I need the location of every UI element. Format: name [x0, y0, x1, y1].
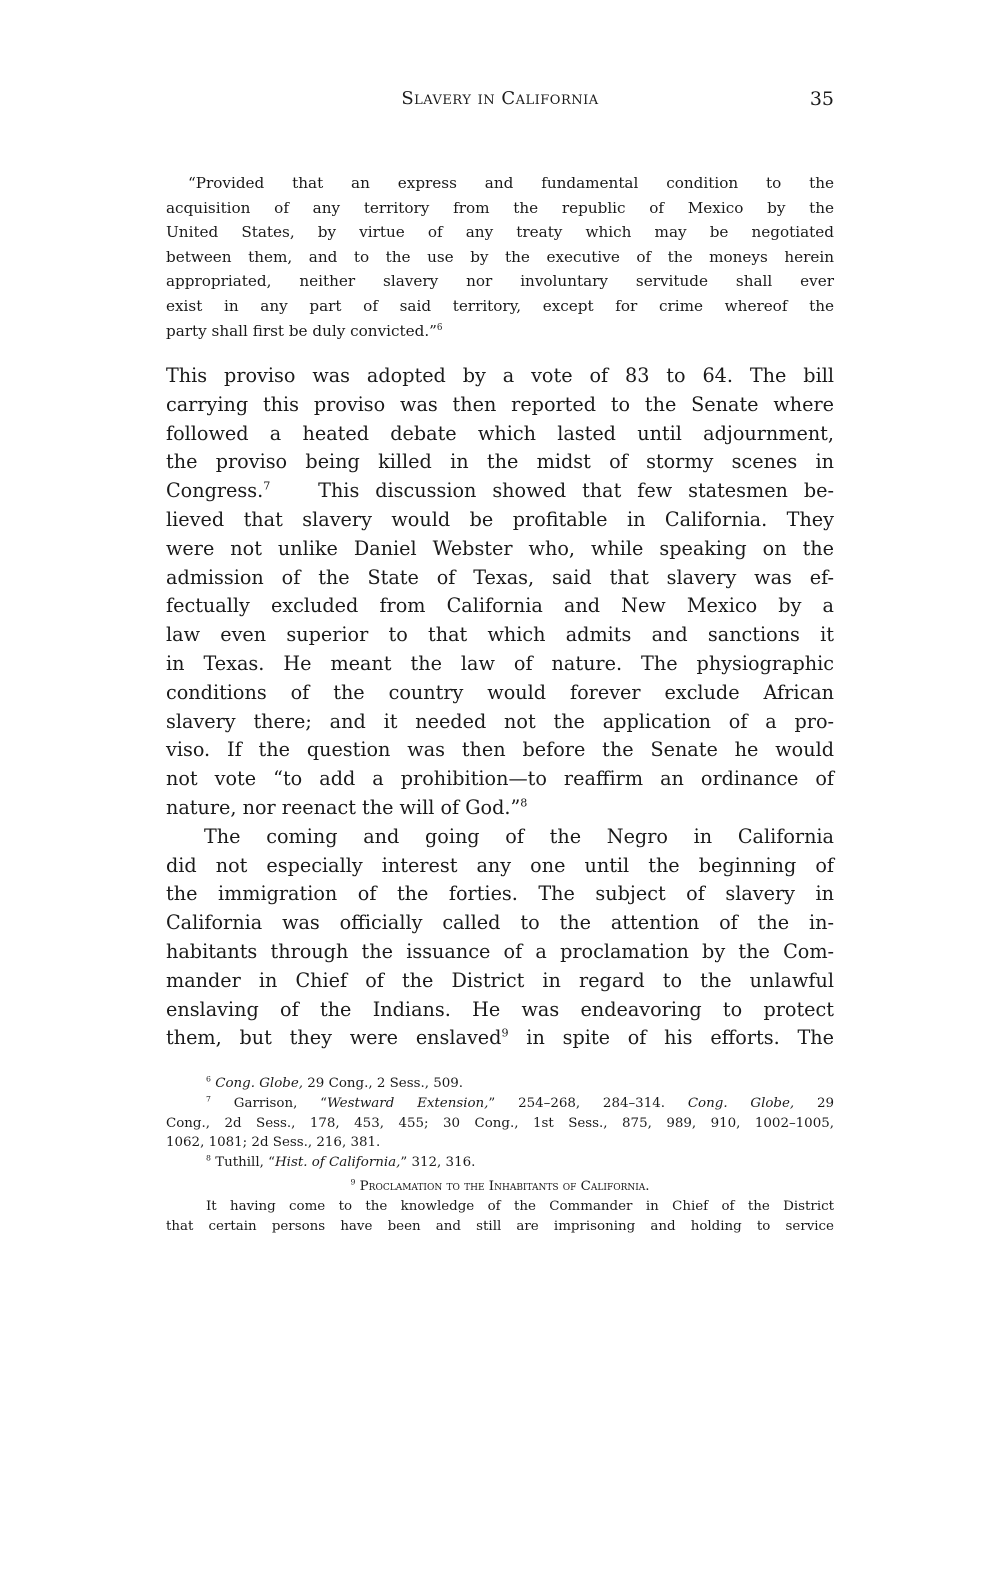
body-line: the immigration of the forties. The subj…	[166, 880, 834, 909]
footnote-marker: 8	[206, 1154, 211, 1163]
footnote-6: 6 Cong. Globe, 29 Cong., 2 Sess., 509.	[166, 1074, 834, 1094]
quote-line: between them, and to the use by the exec…	[166, 245, 834, 270]
body-line: in Texas. He meant the law of nature. Th…	[166, 650, 834, 679]
footnote-9-line: that certain persons have been and still…	[166, 1217, 834, 1237]
footnote-marker: 6	[206, 1075, 211, 1084]
footnote-title: Cong. Globe,	[688, 1096, 794, 1111]
body-line: followed a heated debate which lasted un…	[166, 420, 834, 449]
body-text-span: them, but they were enslaved	[166, 1026, 501, 1049]
body-line: the proviso being killed in the midst of…	[166, 448, 834, 477]
footnote-ref-9: 9	[501, 1027, 508, 1040]
document-page: Slavery in California 35 “Provided that …	[0, 0, 1000, 1576]
footnote-text: 29	[794, 1096, 834, 1111]
body-line: carrying this proviso was then reported …	[166, 391, 834, 420]
footnote-7: 7 Garrison, “Westward Extension,” 254–26…	[166, 1094, 834, 1114]
body-line: admission of the State of Texas, said th…	[166, 564, 834, 593]
body-text-span: Congress.	[166, 479, 263, 502]
body-line: law even superior to that which admits a…	[166, 621, 834, 650]
paragraph-1: This proviso was adopted by a vote of 83…	[166, 362, 834, 823]
footnotes: 6 Cong. Globe, 29 Cong., 2 Sess., 509. 7…	[166, 1074, 834, 1236]
footnote-9-line: It having come to the knowledge of the C…	[166, 1197, 834, 1217]
footnote-8: 8 Tuthill, “Hist. of California,” 312, 3…	[166, 1153, 834, 1173]
body-line: The coming and going of the Negro in Cal…	[166, 823, 834, 852]
body-line: did not especially interest any one unti…	[166, 852, 834, 881]
body-line: lieved that slavery would be profitable …	[166, 506, 834, 535]
body-line: were not unlike Daniel Webster who, whil…	[166, 535, 834, 564]
body-line: slavery there; and it needed not the app…	[166, 708, 834, 737]
footnote-text: 29 Cong., 2 Sess., 509.	[303, 1076, 463, 1091]
footnote-marker: 9	[350, 1178, 355, 1187]
quote-line-last: party shall first be duly convicted.”6	[166, 319, 834, 344]
footnote-heading: Proclamation to the Inhabitants of Calif…	[360, 1179, 650, 1194]
quote-line: United States, by virtue of any treaty w…	[166, 220, 834, 245]
footnote-text: ” 312, 316.	[400, 1155, 475, 1170]
footnote-7-line: 1062, 1081; 2d Sess., 216, 381.	[166, 1133, 834, 1153]
footnote-ref-8: 8	[520, 797, 527, 810]
body-text-span: in spite of his efforts. The	[509, 1026, 834, 1049]
body-line-last: nature, nor reenact the will of God.”8	[166, 794, 834, 823]
quote-line: exist in any part of said territory, exc…	[166, 294, 834, 319]
body-text: This proviso was adopted by a vote of 83…	[166, 362, 834, 1053]
footnote-9-heading: 9 Proclamation to the Inhabitants of Cal…	[166, 1177, 834, 1197]
body-line: viso. If the question was then before th…	[166, 736, 834, 765]
footnote-title: Westward Extension,	[327, 1096, 488, 1111]
body-line: enslaving of the Indians. He was endeavo…	[166, 996, 834, 1025]
footnote-7-line: Cong., 2d Sess., 178, 453, 455; 30 Cong.…	[166, 1114, 834, 1134]
body-line: mander in Chief of the District in regar…	[166, 967, 834, 996]
quote-line: acquisition of any territory from the re…	[166, 196, 834, 221]
quote-line: “Provided that an express and fundamenta…	[166, 171, 834, 196]
body-line: them, but they were enslaved9 in spite o…	[166, 1024, 834, 1053]
quote-text: party shall first be duly convicted.”	[166, 322, 437, 340]
footnote-marker: 7	[206, 1094, 211, 1103]
body-line: fectually excluded from California and N…	[166, 592, 834, 621]
body-line: not vote “to add a prohibition—to reaffi…	[166, 765, 834, 794]
footnote-text: ” 254–268, 284–314.	[488, 1096, 687, 1111]
body-text-span: This discussion showed that few statesme…	[318, 479, 834, 502]
block-quote: “Provided that an express and fundamenta…	[166, 171, 834, 343]
footnote-text: Garrison, “	[234, 1096, 327, 1111]
page-number: 35	[810, 88, 834, 110]
running-title: Slavery in California	[166, 88, 834, 109]
body-line: Congress.7 This discussion showed that f…	[166, 477, 834, 506]
body-line: California was officially called to the …	[166, 909, 834, 938]
footnote-title: Hist. of California,	[275, 1155, 400, 1170]
footnote-text: Tuthill, “	[215, 1155, 275, 1170]
footnote-title: Cong. Globe,	[215, 1076, 303, 1091]
body-line: conditions of the country would forever …	[166, 679, 834, 708]
paragraph-2: The coming and going of the Negro in Cal…	[166, 823, 834, 1053]
body-line: This proviso was adopted by a vote of 83…	[166, 362, 834, 391]
footnote-ref-6: 6	[437, 323, 443, 333]
body-text-span: nature, nor reenact the will of God.”	[166, 796, 520, 819]
page-header: Slavery in California 35	[166, 84, 834, 114]
footnote-ref-7: 7	[263, 480, 270, 493]
body-line: habitants through the issuance of a proc…	[166, 938, 834, 967]
quote-line: appropriated, neither slavery nor involu…	[166, 269, 834, 294]
